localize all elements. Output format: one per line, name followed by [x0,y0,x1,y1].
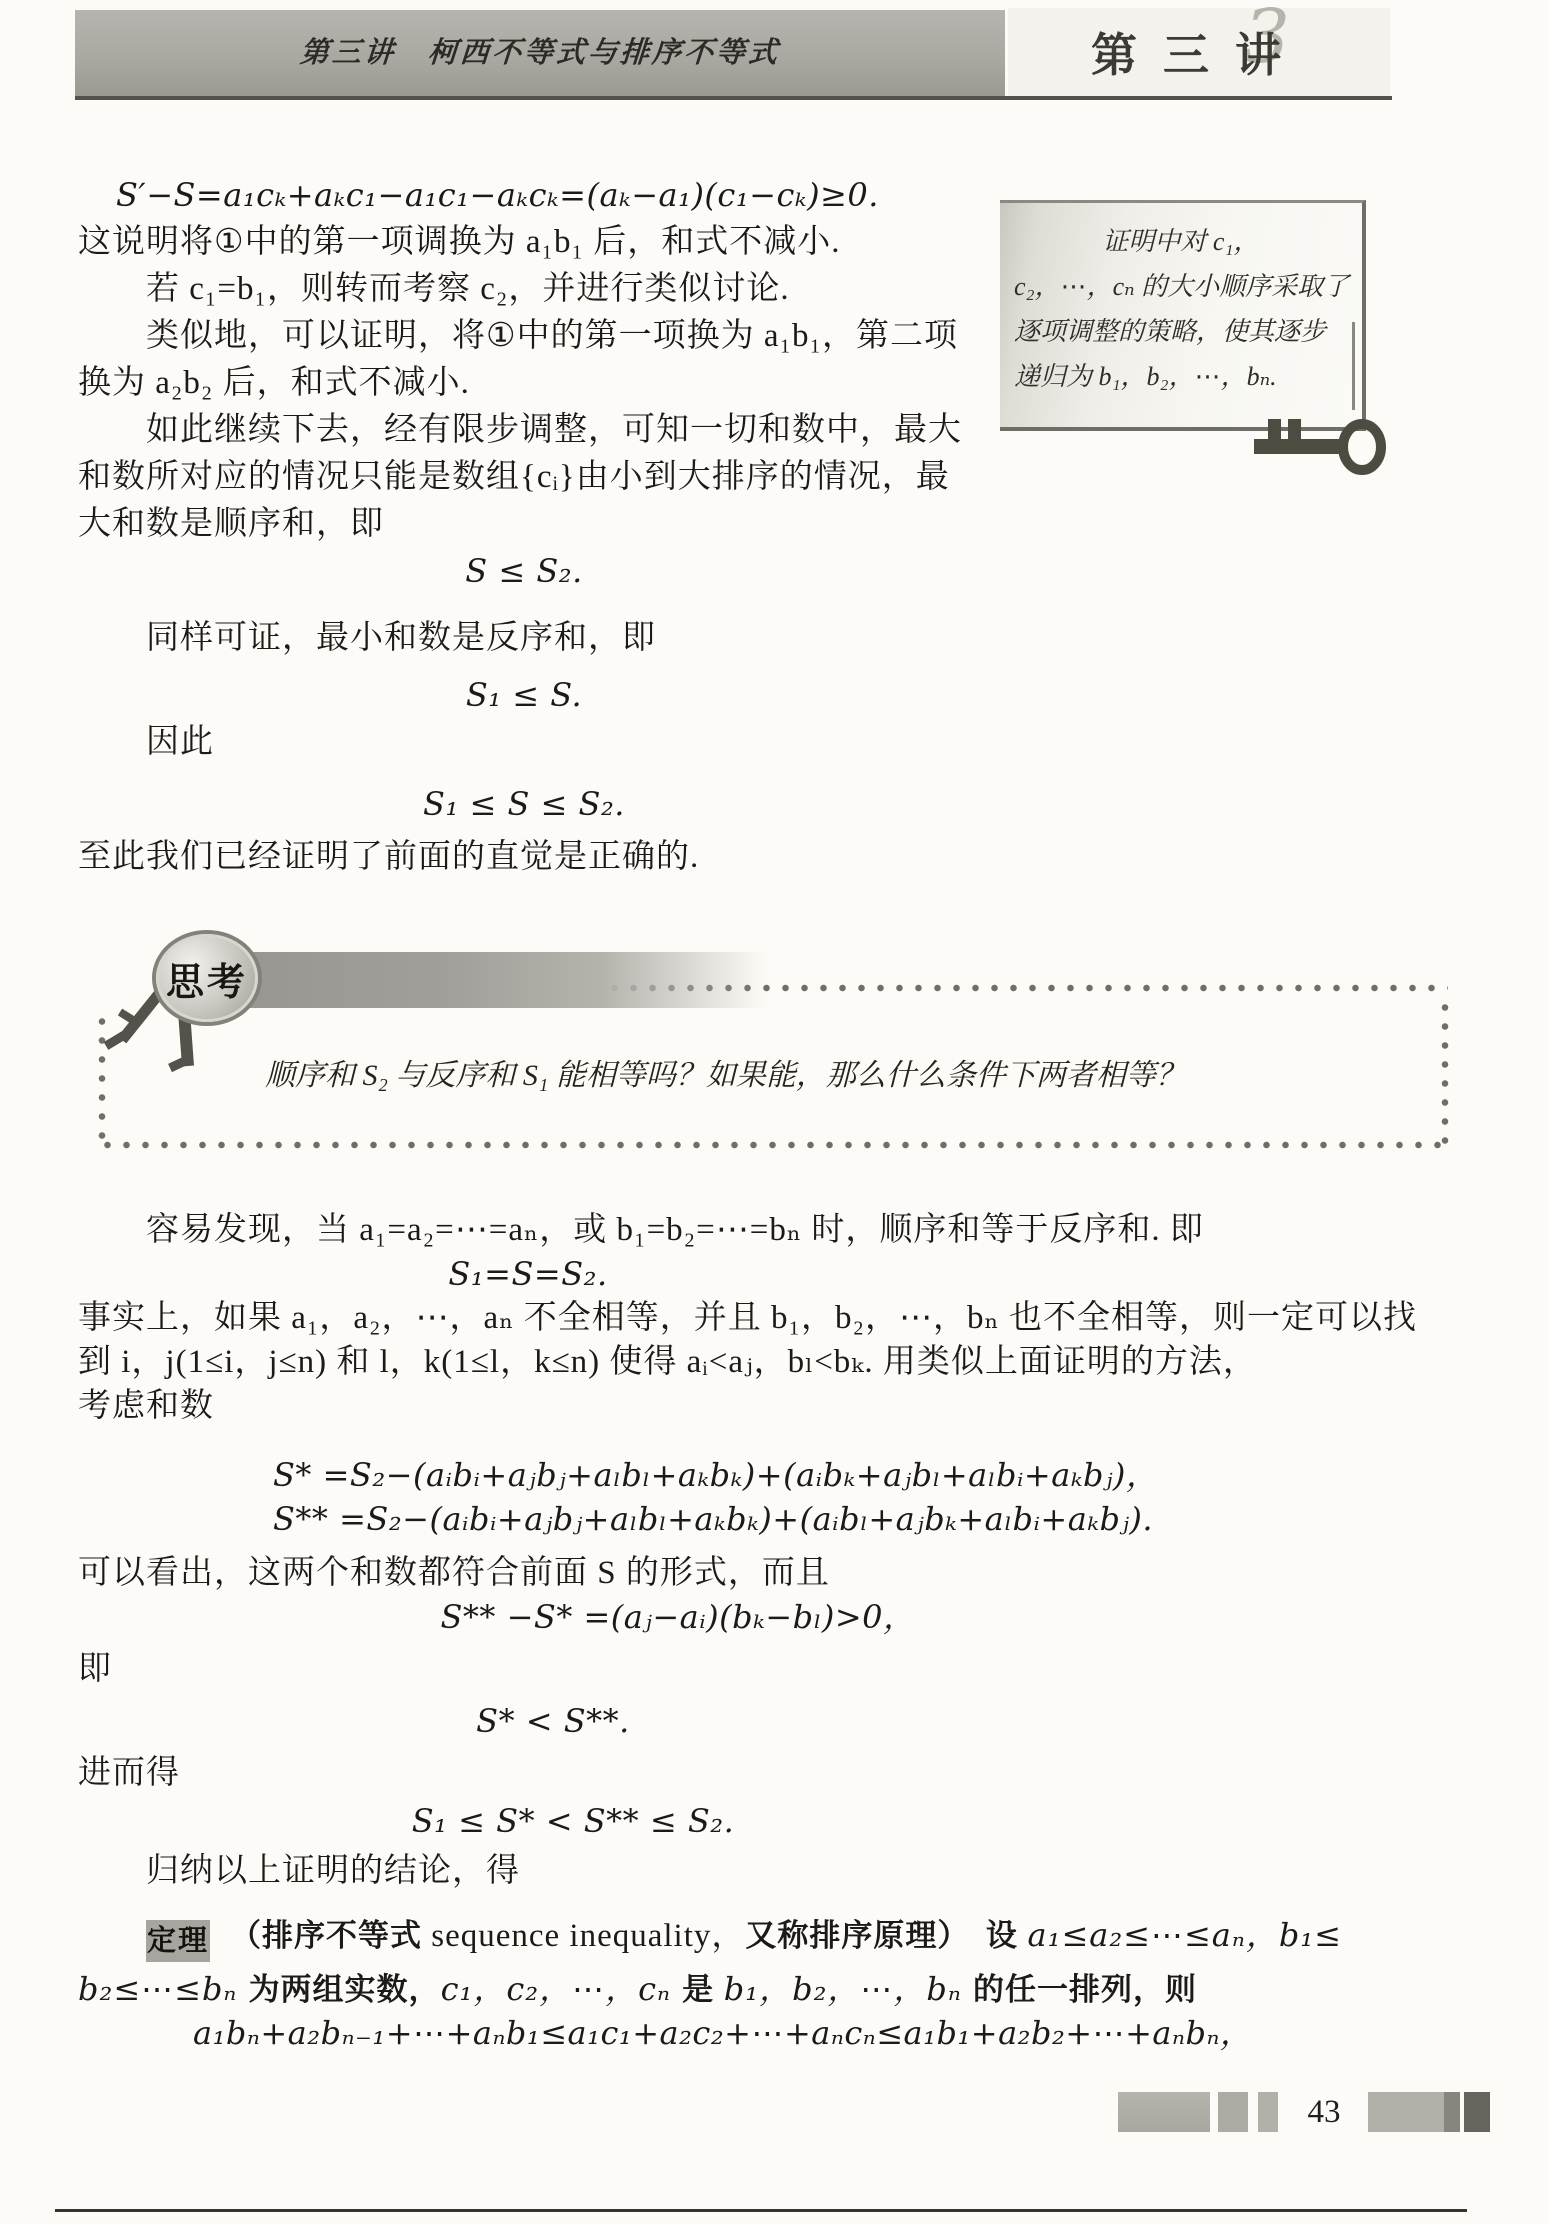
theorem-badge: 定理 [146,1920,210,1962]
header-rule [75,96,1392,100]
formula-line: S′−S=a₁cₖ+aₖc₁−a₁c₁−aₖcₖ=(aₖ−a₁)(c₁−cₖ)≥… [116,172,970,219]
footer-block [1118,2092,1210,2132]
think-dots-bottom [98,1140,1450,1150]
text-line: 换为 a₂b₂ 后，和式不减小. [78,360,970,407]
think-badge-label: 思考 [166,951,248,1006]
text-line: 因此 [78,719,970,766]
text-line: 类似地，可以证明，将①中的第一项换为 a₁b₁，第二项 [78,313,970,360]
note-string-line [1352,322,1355,410]
text-line: 大和数是顺序和，即 [78,501,970,548]
text-line: 可以看出，这两个和数都符合前面 S 的形式，而且 [78,1551,1498,1595]
intro-text: S′−S=a₁cₖ+aₖc₁−a₁c₁−aₖcₖ=(aₖ−a₁)(c₁−cₖ)≥… [78,172,970,881]
running-title: 第三讲 柯西不等式与排序不等式 [72,10,1008,96]
text-line: 即 [78,1647,1498,1691]
text-line: 到 i，j(1≤i，j≤n) 和 l，k(1≤l，k≤n) 使得 aᵢ<aⱼ，b… [78,1340,1498,1384]
footer-block [1368,2092,1460,2132]
think-badge: 思考 [156,934,258,1022]
text-line: 归纳以上证明的结论，得 [78,1849,1498,1893]
footer-block [1258,2092,1278,2132]
key-icon [1248,405,1388,477]
book-page: { "header": { "running_title": "第三讲 柯西不等… [0,0,1549,2224]
formula-line: S₁ ≤ S. [78,672,970,719]
theorem-line-1-text: （排序不等式 sequence inequality，又称排序原理） 设 a₁≤… [230,1918,1342,1954]
formula-line: S₁ ≤ S ≤ S₂. [78,781,970,828]
margin-note: 证明中对 c₁，c₂，⋯，cₙ 的大小顺序采取了逐项调整的策略，使其逐步递归为 … [1000,200,1366,431]
text-line: 若 c₁=b₁，则转而考察 c₂，并进行类似讨论. [78,266,970,313]
page-number: 43 [1292,2092,1356,2132]
text-line: 考虑和数 [78,1384,1498,1428]
formula-line: S** =S₂−(aᵢbᵢ+aⱼbⱼ+aₗbₗ+aₖbₖ)+(aᵢbₗ+aⱼbₖ… [273,1497,1498,1541]
theorem-formula: a₁bₙ+a₂bₙ₋₁+⋯+aₙb₁≤a₁c₁+a₂c₂+⋯+aₙcₙ≤a₁b₁… [193,2011,1498,2055]
formula-line: S₁=S=S₂. [78,1252,978,1296]
text-line: 进而得 [78,1751,1498,1795]
text-line: 同样可证，最小和数是反序和，即 [78,615,970,662]
formula-line: S* =S₂−(aᵢbᵢ+aⱼbⱼ+aₗbₗ+aₖbₖ)+(aᵢbₖ+aⱼbₗ+… [273,1453,1498,1497]
corner-title: 第三讲 [1008,8,1390,104]
theorem-line-1: 定理（排序不等式 sequence inequality，又称排序原理） 设 a… [78,1909,1498,1961]
body-text: 容易发现，当 a₁=a₂=⋯=aₙ，或 b₁=b₂=⋯=bₙ 时，顺序和等于反序… [78,1208,1498,2055]
think-question: 顺序和 S₂ 与反序和 S₁ 能相等吗？如果能，那么什么条件下两者相等？ [265,1050,1445,1102]
margin-note-text: 证明中对 c₁，c₂，⋯，cₙ 的大小顺序采取了逐项调整的策略，使其逐步递归为 … [1014,227,1349,391]
footer-rule [55,2209,1467,2212]
text-line: 和数所对应的情况只能是数组{cᵢ}由小到大排序的情况，最 [78,454,970,501]
header-corner: 3 第三讲 [1008,8,1390,96]
text-line: 容易发现，当 a₁=a₂=⋯=aₙ，或 b₁=b₂=⋯=bₙ 时，顺序和等于反序… [78,1208,1498,1252]
formula-line: S** −S* =(aⱼ−aᵢ)(bₖ−bₗ)>0， [78,1595,1278,1639]
formula-line: S₁ ≤ S* < S** ≤ S₂. [78,1799,1068,1843]
theorem-line-2: b₂≤⋯≤bₙ 为两组实数，c₁，c₂，⋯，cₙ 是 b₁，b₂，⋯，bₙ 的任… [78,1967,1498,2011]
formula-line: S* < S**. [78,1699,1028,1743]
header-bar: 第三讲 柯西不等式与排序不等式 [75,10,1005,96]
think-bar [182,952,767,1008]
footer-block [1218,2092,1248,2132]
text-line: 这说明将①中的第一项调换为 a₁b₁ 后，和式不减小. [78,219,970,266]
text-line: 事实上，如果 a₁，a₂，⋯，aₙ 不全相等，并且 b₁，b₂，⋯，bₙ 也不全… [78,1296,1498,1340]
footer-block [1464,2092,1490,2132]
text-line: 如此继续下去，经有限步调整，可知一切和数中，最大 [78,407,970,454]
text-line: 至此我们已经证明了前面的直觉是正确的. [78,834,970,881]
formula-line: S ≤ S₂. [78,548,970,595]
